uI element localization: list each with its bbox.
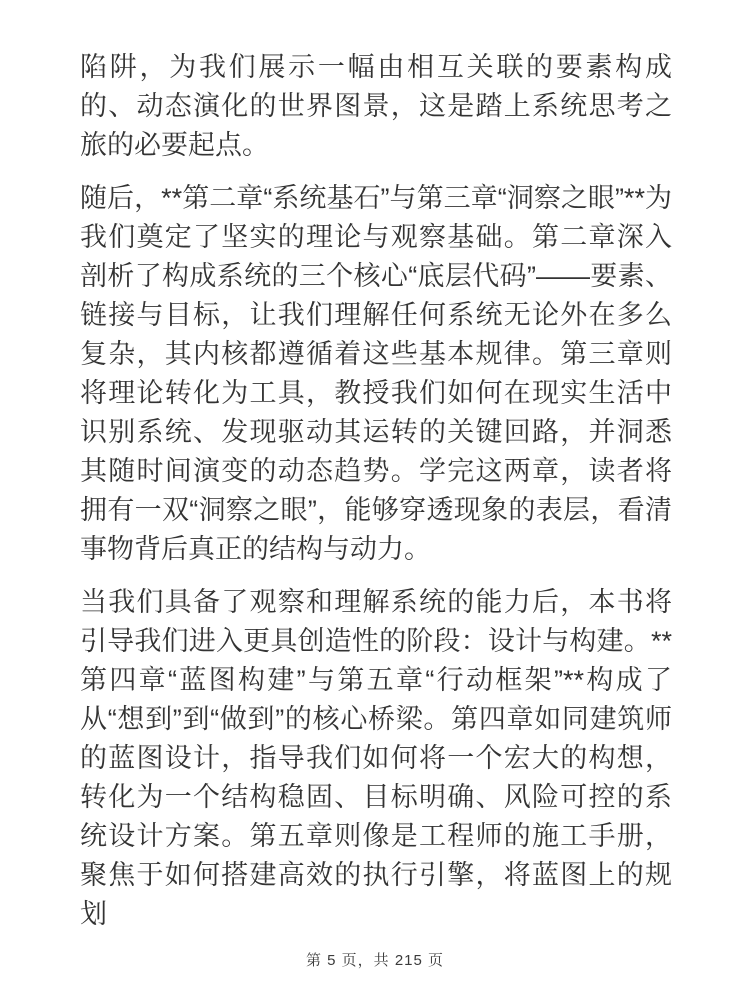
page-number-indicator: 第 5 页，共 215 页 <box>0 952 750 970</box>
page-content: 陷阱，为我们展示一幅由相互关联的要素构成的、动态演化的世界图景，这是踏上系统思考… <box>80 48 672 948</box>
document-page: 陷阱，为我们展示一幅由相互关联的要素构成的、动态演化的世界图景，这是踏上系统思考… <box>0 0 750 1000</box>
paragraph-2: 随后，**第二章“系统基石”与第三章“洞察之眼”**为我们奠定了坚实的理论与观察… <box>80 179 672 569</box>
paragraph-3: 当我们具备了观察和理解系统的能力后，本书将引导我们进入更具创造性的阶段：设计与构… <box>80 583 672 934</box>
paragraph-1: 陷阱，为我们展示一幅由相互关联的要素构成的、动态演化的世界图景，这是踏上系统思考… <box>80 48 672 165</box>
